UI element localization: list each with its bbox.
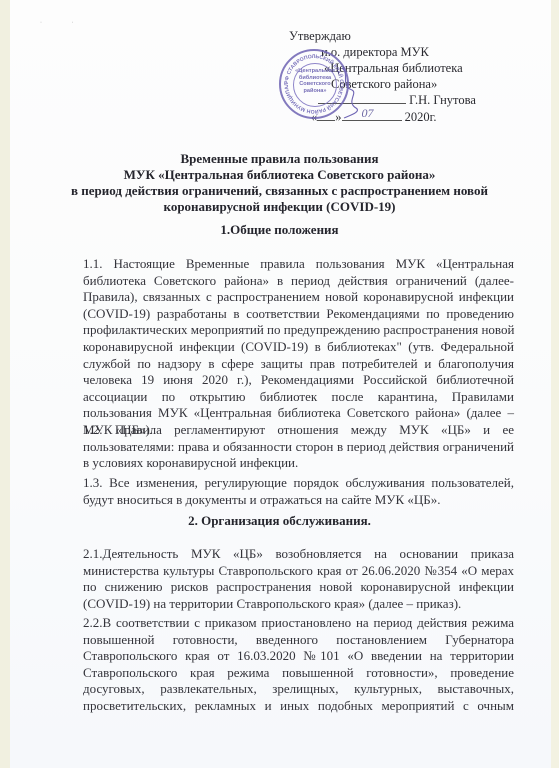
signatory-name: Г.Н. Гнутова bbox=[409, 93, 476, 107]
text-line: Ставропольского края от 16.03.2020 №101 … bbox=[83, 648, 514, 665]
stamp-line-4: района» bbox=[293, 88, 337, 95]
text-line: будут вноситься в документы и отражаться… bbox=[83, 492, 514, 509]
text-line: повышенной готовности, введенного постан… bbox=[83, 632, 514, 649]
stamp-center-text: «Центральная библиотека Советского район… bbox=[293, 68, 337, 94]
approval-line-1: Утверждаю bbox=[289, 29, 351, 44]
stamp-line-3: Советского bbox=[293, 81, 337, 88]
section-heading-2: 2. Организация обслуживания. bbox=[0, 513, 559, 529]
signature-scribble-icon bbox=[336, 60, 366, 120]
date-year: 2020г. bbox=[405, 110, 437, 124]
paragraph-1-1: 1.1. Настоящие Временные правила пользов… bbox=[83, 256, 514, 439]
text-line: пользователями: права и обязанности стор… bbox=[83, 439, 514, 456]
text-line: (COVID-19) разработаны в соответствии Ре… bbox=[83, 306, 514, 323]
section-heading-1: 1.Общие положения bbox=[0, 222, 559, 238]
text-line: 2.2.В соответствии с приказом приостанов… bbox=[83, 615, 514, 632]
text-line: 2.1.Деятельность МУК «ЦБ» возобновляется… bbox=[83, 546, 514, 563]
text-line: Ставропольского края режима повышенной г… bbox=[83, 665, 514, 682]
text-line: министерства культуры Ставропольского кр… bbox=[83, 563, 514, 580]
document-title: Временные правила пользования МУК «Центр… bbox=[0, 151, 559, 215]
text-line: по снижению рисков распространения новой… bbox=[83, 579, 514, 596]
title-line-4: коронавирусной инфекции (COVID-19) bbox=[0, 199, 559, 215]
text-line: в условиях коронавирусной инфекции. bbox=[83, 455, 514, 472]
text-line: профилактических мероприятий по предупре… bbox=[83, 322, 514, 339]
paragraph-2-1: 2.1.Деятельность МУК «ЦБ» возобновляется… bbox=[83, 546, 514, 612]
title-line-2: МУК «Центральная библиотека Советского р… bbox=[0, 167, 559, 183]
text-line: Правила), связанных с распространением н… bbox=[83, 289, 514, 306]
paragraph-1-2: 1.2. Правила регламентируют отношения ме… bbox=[83, 422, 514, 472]
text-line: библиотека Советского района» в период д… bbox=[83, 273, 514, 290]
text-line: 1.3. Все изменения, регулирующие порядок… bbox=[83, 475, 514, 492]
text-line: 1.2. Правила регламентируют отношения ме… bbox=[83, 422, 514, 439]
text-line: (COVID-19) на территории Ставропольского… bbox=[83, 596, 514, 613]
title-line-3: в период действия ограничений, связанных… bbox=[0, 183, 559, 199]
text-line: просветительских, рекламных и иных подоб… bbox=[83, 698, 514, 715]
text-line: 1.1. Настоящие Временные правила пользов… bbox=[83, 256, 514, 273]
text-line: досуговых, развлекательных, зрелищных, к… bbox=[83, 681, 514, 698]
text-line: ассоциации по открытию библиотек после к… bbox=[83, 389, 514, 406]
text-line: человека 19 июня 2020 г.), Рекомендациям… bbox=[83, 372, 514, 389]
text-line: коронавирусной инфекции (COVID-19) в биб… bbox=[83, 339, 514, 356]
title-line-1: Временные правила пользования bbox=[0, 151, 559, 167]
stamp-line-1: «Центральная bbox=[293, 68, 337, 75]
text-line: службой по надзору в сфере защиты прав п… bbox=[83, 356, 514, 373]
stamp-line-2: библиотека bbox=[293, 75, 337, 82]
text-line: пользования МУК «Центральная библиотека … bbox=[83, 405, 514, 422]
paragraph-2-2: 2.2.В соответствии с приказом приостанов… bbox=[83, 615, 514, 715]
paragraph-1-3: 1.3. Все изменения, регулирующие порядок… bbox=[83, 475, 514, 508]
